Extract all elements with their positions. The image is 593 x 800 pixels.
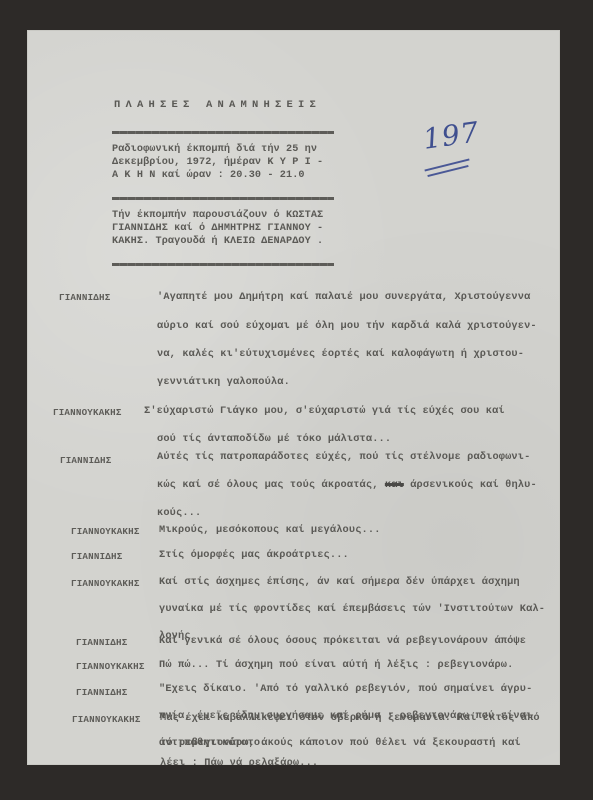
dialogue-line: σού τίς άνταποδίδω μέ τόκο μάλιστα... — [157, 433, 391, 445]
dialogue-line: 'Αγαπητέ μου Δημήτρη καί παλαιέ μου συνε… — [157, 291, 530, 303]
presenters-info-line-3: ΚΑΚΗΣ. Τραγουδά ή ΚΛΕΙΩ ΔΕΝΑΡΔΟΥ . — [112, 236, 323, 247]
presenters-info-line-1: Τήν έκπομπήν παρουσιάζουν ό ΚΩΣΤΑΣ — [112, 210, 323, 221]
dialogue-line: γυναίκα μέ τίς φροντίδες καί έπεμβάσεις … — [159, 603, 545, 615]
broadcast-info-line-3: Α Κ Η Ν καί ώραν : 20.30 - 21.0 — [112, 170, 305, 181]
speaker-label: ΓΙΑΝΝΙΔΗΣ — [59, 292, 110, 303]
speaker-label: ΓΙΑΝΝΟΥΚΑΚΗΣ — [53, 407, 122, 418]
presenters-info-line-2: ΓΙΑΝΝΙΔΗΣ καί ό ΔΗΜΗΤΡΗΣ ΓΙΑΝΝΟΥ - — [112, 223, 323, 234]
dialogue-line: κούς... — [157, 507, 201, 519]
handwritten-page-number: 197 — [421, 115, 481, 156]
title-rule — [112, 131, 334, 134]
dialogue-line: να, καλές κι'εύτυχισμένες έορτές καί καλ… — [157, 348, 524, 360]
dialogue-line: Καί γενικά σέ όλους όσους πρόκειται νά ρ… — [159, 635, 526, 647]
typewritten-page: ΠΛΑΗΣΕΣ ΑΝΑΜΝΗΣΕΙΣ Ραδιοφωνική έκπομπή δ… — [28, 31, 559, 764]
dialogue-line: άντιπαθητικώτατο. — [159, 737, 267, 749]
dialogue-line: Πώ πώ... Τί άσχημη πού είναι αύτή ή λέξι… — [159, 659, 513, 671]
strikethrough-word: και — [385, 479, 404, 491]
dialogue-line: Αύτές τίς πατροπαράδοτες εύχές, πού τίς … — [157, 451, 530, 463]
broadcast-info-line-2: Δεκεμβρίου, 1972, ήμέραν Κ Υ Ρ Ι - — [112, 157, 323, 168]
broadcast-info-line-1: Ραδιοφωνική έκπομπή διά τήν 25 ην — [112, 144, 317, 155]
dialogue-line: Μικρούς, μεσόκοπους καί μεγάλους... — [159, 524, 381, 536]
dialogue-line: "Εχεις δίκαιο. 'Από τό γαλλικό ρεβεγιόν,… — [159, 683, 532, 695]
speaker-label: ΓΙΑΝΝΟΥΚΑΚΗΣ — [76, 661, 145, 672]
speaker-label: ΓΙΑΝΝΟΥΚΑΚΗΣ — [71, 526, 140, 537]
speaker-label: ΓΙΑΝΝΟΥΚΑΚΗΣ — [71, 578, 140, 589]
dialogue-line-text: άρσενικούς καί θηλυ- — [410, 479, 537, 491]
dialogue-line: Καί στίς άσχημες έπίσης, άν καί σήμερα δ… — [159, 576, 520, 588]
speaker-label: ΓΙΑΝΝΙΔΗΣ — [71, 551, 122, 562]
dialogue-line: Στίς όμορφές μας άκροάτριες... — [159, 549, 349, 561]
dialogue-line: αύριο καί σού εύχομαι μέ όλη μου τήν καρ… — [157, 320, 537, 332]
speaker-label: ΓΙΑΝΝΙΔΗΣ — [76, 637, 127, 648]
dialogue-line: πνία, έμεϊς έδημιουργήσαμε καί ρήμα : ρε… — [159, 710, 532, 722]
dialogue-line: κώς καί σέ όλους μας τούς άκροατάς, και … — [157, 479, 537, 491]
speaker-label: ΓΙΑΝΝΙΔΗΣ — [76, 687, 127, 698]
speaker-label: ΓΙΑΝΝΙΔΗΣ — [60, 455, 111, 466]
dialogue-line: γεννιάτικη γαλοπούλα. — [157, 376, 290, 388]
dialogue-line-text: κώς καί σέ όλους μας τούς άκροατάς, — [157, 479, 385, 491]
document-title: ΠΛΑΗΣΕΣ ΑΝΑΜΝΗΣΕΙΣ — [114, 99, 321, 111]
broadcast-rule — [112, 197, 334, 200]
presenters-rule — [112, 263, 334, 266]
dialogue-line: Σ'εύχαριστώ Γιάγκο μου, σ'εύχαριστώ γιά … — [144, 405, 505, 417]
